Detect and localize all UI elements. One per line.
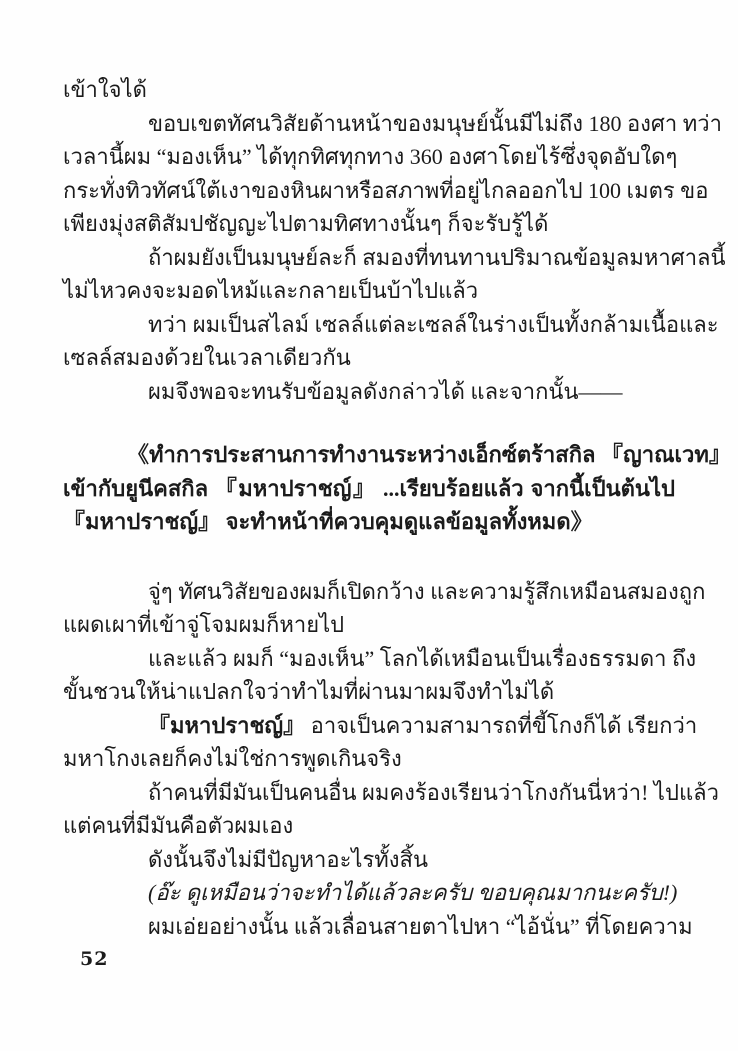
text-line: 『มหาปราชญ์』 อาจเป็นความสามารถที่ขี้โกงก็…: [63, 709, 675, 743]
text-line: จู่ๆ ทัศนวิสัยของผมก็เปิดกว้าง และความรู…: [63, 575, 675, 609]
text-line: ไม่ไหวคงจะมอดไหม้และกลายเป็นบ้าไปแล้ว: [63, 274, 675, 308]
body-text: เวลานี้ผม “มองเห็น” ได้ทุกทิศทุกทาง 360 …: [63, 144, 677, 169]
book-page: เข้าใจได้ขอบเขตทัศนวิสัยด้านหน้าของมนุษย…: [0, 0, 738, 1051]
page-number: 52: [80, 948, 108, 970]
body-text: ผมเอ่ยอย่างนั้น แล้วเลื่อนสายตาไปหา “ไอ้…: [148, 914, 693, 939]
body-text: ขั้นชวนให้น่าแปลกใจว่าทำไมที่ผ่านมาผมจึง…: [63, 679, 554, 704]
text-line: ถ้าผมยังเป็นมนุษย์ละก็ สมองที่ทนทานปริมา…: [63, 241, 675, 275]
body-text: เพียงมุ่งสติสัมปชัญญะไปตามทิศทางนั้นๆ ก็…: [63, 211, 548, 236]
text-line: ทว่า ผมเป็นสไลม์ เซลล์แต่ละเซลล์ในร่างเป…: [63, 308, 675, 342]
body-text: ทว่า ผมเป็นสไลม์ เซลล์แต่ละเซลล์ในร่างเป…: [148, 312, 719, 337]
text-line: ดังนั้นจึงไม่มีปัญหาอะไรทั้งสิ้น: [63, 843, 675, 877]
body-text: ดังนั้นจึงไม่มีปัญหาอะไรทั้งสิ้น: [148, 847, 428, 872]
text-line: (อ๊ะ ดูเหมือนว่าจะทำได้แล้วละครับ ขอบคุณ…: [63, 876, 675, 910]
bold-text: 《ทำการประสานการทำงานระหว่างเอ็กซ์ตร้าสกิ…: [127, 442, 731, 467]
body-text: ผมจึงพอจะทนรับข้อมูลดังกล่าวได้ และจากนั…: [148, 379, 623, 404]
text-line: 『มหาปราชญ์』 จะทำหน้าที่ควบคุมดูแลข้อมูลท…: [63, 505, 675, 539]
body-text: จู่ๆ ทัศนวิสัยของผมก็เปิดกว้าง และความรู…: [148, 579, 705, 604]
text-line: เข้ากับยูนีคสกิล 『มหาปราชญ์』 ...เรียบร้อ…: [63, 472, 675, 506]
bold-text: 『มหาปราชญ์』 จะทำหน้าที่ควบคุมดูแลข้อมูลท…: [63, 509, 593, 534]
text-line: เพียงมุ่งสติสัมปชัญญะไปตามทิศทางนั้นๆ ก็…: [63, 207, 675, 241]
body-text: กระทั่งทิวทัศน์ใต้เงาของหินผาหรือสภาพที่…: [63, 178, 708, 203]
body-text: แผดเผาที่เข้าจู่โจมผมก็หายไป: [63, 612, 344, 637]
body-text: ถ้าผมยังเป็นมนุษย์ละก็ สมองที่ทนทานปริมา…: [148, 245, 726, 270]
text-line: ผมเอ่ยอย่างนั้น แล้วเลื่อนสายตาไปหา “ไอ้…: [63, 910, 675, 944]
text-line: ถ้าคนที่มีมันเป็นคนอื่น ผมคงร้องเรียนว่า…: [63, 776, 675, 810]
text-line: เซลล์สมองด้วยในเวลาเดียวกัน: [63, 341, 675, 375]
body-text: ขอบเขตทัศนวิสัยด้านหน้าของมนุษย์นั้นมีไม…: [148, 111, 722, 136]
italic-text: (อ๊ะ ดูเหมือนว่าจะทำได้แล้วละครับ ขอบคุณ…: [148, 880, 677, 905]
page-text: เข้าใจได้ขอบเขตทัศนวิสัยด้านหน้าของมนุษย…: [63, 73, 675, 943]
body-text: แต่คนที่มีมันคือตัวผมเอง: [63, 813, 293, 838]
body-text: ถ้าคนที่มีมันเป็นคนอื่น ผมคงร้องเรียนว่า…: [148, 780, 719, 805]
body-text: ไม่ไหวคงจะมอดไหม้และกลายเป็นบ้าไปแล้ว: [63, 278, 478, 303]
bold-text: เข้ากับยูนีคสกิล 『มหาปราชญ์』 ...เรียบร้อ…: [63, 476, 675, 501]
body-text: เซลล์สมองด้วยในเวลาเดียวกัน: [63, 345, 351, 370]
text-line: ขั้นชวนให้น่าแปลกใจว่าทำไมที่ผ่านมาผมจึง…: [63, 675, 675, 709]
body-text: เข้าใจได้: [63, 77, 147, 102]
text-line: ขอบเขตทัศนวิสัยด้านหน้าของมนุษย์นั้นมีไม…: [63, 107, 675, 141]
body-text: และแล้ว ผมก็ “มองเห็น” โลกได้เหมือนเป็นเ…: [148, 646, 696, 671]
body-text: อาจเป็นความสามารถที่ขี้โกงก็ได้ เรียกว่า: [305, 713, 697, 738]
text-line: มหาโกงเลยก็คงไม่ใช่การพูดเกินจริง: [63, 742, 675, 776]
text-line: ผมจึงพอจะทนรับข้อมูลดังกล่าวได้ และจากนั…: [63, 375, 675, 409]
text-line: เวลานี้ผม “มองเห็น” ได้ทุกทิศทุกทาง 360 …: [63, 140, 675, 174]
body-text: มหาโกงเลยก็คงไม่ใช่การพูดเกินจริง: [63, 746, 402, 771]
text-line: เข้าใจได้: [63, 73, 675, 107]
text-line: กระทั่งทิวทัศน์ใต้เงาของหินผาหรือสภาพที่…: [63, 174, 675, 208]
text-line: แผดเผาที่เข้าจู่โจมผมก็หายไป: [63, 608, 675, 642]
text-line: และแล้ว ผมก็ “มองเห็น” โลกได้เหมือนเป็นเ…: [63, 642, 675, 676]
bold-text: 『มหาปราชญ์』: [148, 713, 305, 738]
text-line: แต่คนที่มีมันคือตัวผมเอง: [63, 809, 675, 843]
text-line: 《ทำการประสานการทำงานระหว่างเอ็กซ์ตร้าสกิ…: [63, 438, 675, 472]
